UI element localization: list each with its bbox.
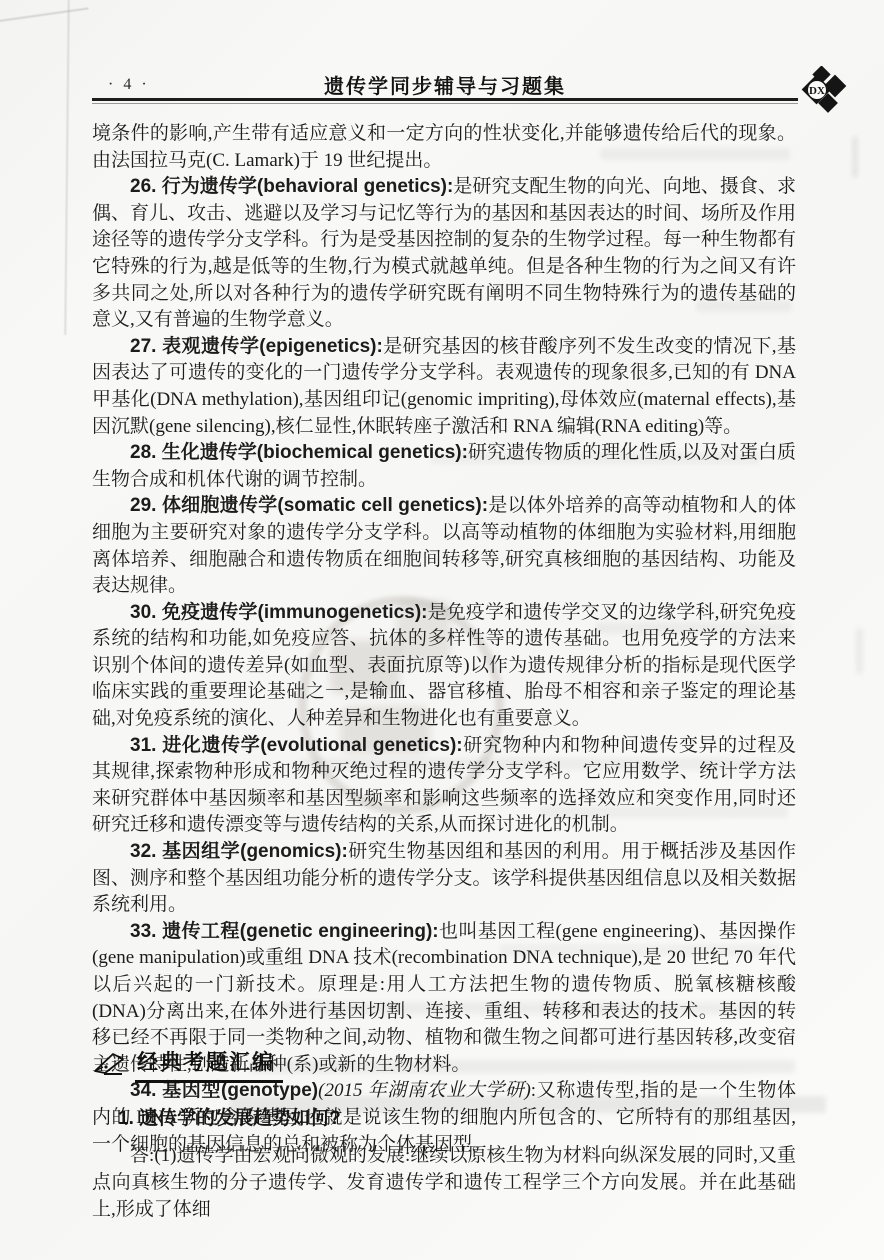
term-body: 是研究支配生物的向光、向地、摄食、求偶、育儿、攻击、逃避以及学习与记忆等行为的基… [92, 176, 796, 330]
header-rule [92, 98, 798, 104]
term-lead: 30. 免疫遗传学(immunogenetics): [130, 602, 427, 623]
term-paragraph-28: 28. 生化遗传学(biochemical genetics):研究遗传物质的理… [92, 440, 796, 493]
scan-artifact-diagonal [0, 7, 89, 22]
paragraph-continued: 境条件的影响,产生带有适应意义和一定方向的性状变化,并能够遗传给后代的现象。由法… [92, 121, 796, 174]
term-lead: 26. 行为遗传学(behavioral genetics): [130, 176, 453, 197]
question-text: 1. 遗传学的发展趋势如何? [92, 1103, 796, 1130]
book-title: 遗传学同步辅导与习题集 [92, 70, 798, 99]
term-paragraph-32: 32. 基因组学(genomics):研究生物基因组和基因的利用。用于概括涉及基… [92, 839, 796, 919]
scan-artifact-edge-line [64, 0, 70, 335]
publisher-logo-text: DX [809, 85, 825, 97]
term-paragraph-26: 26. 行为遗传学(behavioral genetics):是研究支配生物的向… [92, 174, 796, 334]
page-body: 境条件的影响,产生带有适应意义和一定方向的性状变化,并能够遗传给后代的现象。由法… [92, 121, 796, 1158]
term-paragraph-30: 30. 免疫遗传学(immunogenetics):是免疫学和遗传学交叉的边缘学… [92, 600, 796, 733]
scan-artifact-smudge [852, 136, 858, 178]
scan-artifact-smudge [856, 628, 863, 674]
section-title: 经典考题汇编 [135, 1046, 283, 1083]
term-paragraph-27: 27. 表观遗传学(epigenetics):是研究基因的核苷酸序列不发生改变的… [92, 334, 796, 440]
pen-icon [92, 1050, 126, 1081]
answer-text: 答:(1)遗传学由宏观向微观的发展:继续以原核生物为材料向纵深发展的同时,又重点… [92, 1142, 796, 1223]
term-lead: 29. 体细胞遗传学(somatic cell genetics): [130, 495, 488, 516]
term-paragraph-31: 31. 进化遗传学(evolutional genetics):研究物种内和物种… [92, 733, 796, 839]
book-page: · 4 · 遗传学同步辅导与习题集 DX 境条件的影响,产生带有适应意义和一定方… [0, 0, 884, 1260]
term-lead: 31. 进化遗传学(evolutional genetics): [130, 735, 463, 756]
term-lead: 32. 基因组学(genomics): [130, 841, 348, 862]
term-lead: 33. 遗传工程(genetic engineering): [130, 921, 439, 942]
term-lead: 28. 生化遗传学(biochemical genetics): [130, 442, 468, 463]
publisher-logo-icon: DX [798, 66, 848, 118]
term-paragraph-29: 29. 体细胞遗传学(somatic cell genetics):是以体外培养… [92, 493, 796, 599]
exam-section: 经典考题汇编 1. 遗传学的发展趋势如何? 答:(1)遗传学由宏观向微观的发展:… [92, 1046, 796, 1223]
term-lead: 27. 表观遗传学(epigenetics): [130, 336, 383, 357]
section-header: 经典考题汇编 [92, 1046, 796, 1083]
